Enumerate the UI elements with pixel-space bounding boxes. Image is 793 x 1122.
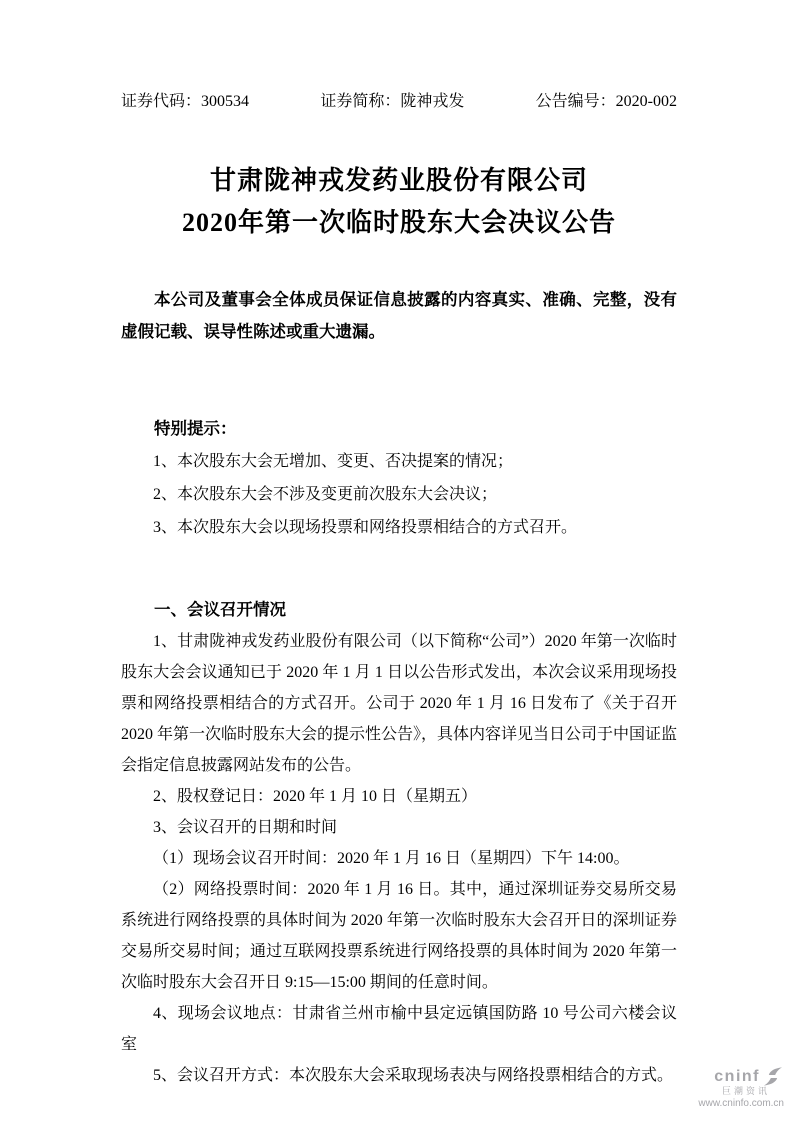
cninfo-site-url: www.cninfo.com.cn [698,1097,784,1110]
title-line-company: 甘肃陇神戎发药业股份有限公司 [121,160,677,202]
section-heading: 一、会议召开情况 [121,594,677,625]
meeting-convening-section: 一、会议召开情况 1、甘肃陇神戎发药业股份有限公司（以下简称“公司”）2020 … [121,594,677,1091]
paragraph-meeting-datetime: 3、会议召开的日期和时间 [121,812,677,843]
special-notice-item: 2、本次股东大会不涉及变更前次股东大会决议； [121,478,677,511]
stock-name: 证券简称：陇神戎发 [320,92,464,112]
special-notice-section: 特别提示： 1、本次股东大会无增加、变更、否决提案的情况； 2、本次股东大会不涉… [121,412,677,544]
paragraph-record-date: 2、股权登记日：2020 年 1 月 10 日（星期五） [121,781,677,812]
stock-code: 证券代码：300534 [121,92,249,112]
paragraph-meeting-location: 4、现场会议地点：甘肃省兰州市榆中县定远镇国防路 10 号公司六楼会议室 [121,998,677,1060]
announcement-number: 公告编号：2020-002 [536,92,677,112]
document-page: 证券代码：300534 证券简称：陇神戎发 公告编号：2020-002 甘肃陇神… [0,0,793,1122]
paragraph-meeting-notice: 1、甘肃陇神戎发药业股份有限公司（以下简称“公司”）2020 年第一次临时股东大… [121,626,677,781]
paragraph-online-voting-time: （2）网络投票时间：2020 年 1 月 16 日。其中，通过深圳证券交易所交易… [121,874,677,998]
cninfo-chinese-name: 巨潮资讯 [698,1086,770,1097]
disclaimer-statement: 本公司及董事会全体成员保证信息披露的内容真实、准确、完整，没有虚假记载、误导性陈… [121,284,677,348]
special-notice-item: 3、本次股东大会以现场投票和网络投票相结合的方式召开。 [121,511,677,544]
paragraph-meeting-method: 5、会议召开方式：本次股东大会采取现场表决与网络投票相结合的方式。 [121,1060,677,1091]
document-header: 证券代码：300534 证券简称：陇神戎发 公告编号：2020-002 [121,92,677,112]
document-title: 甘肃陇神戎发药业股份有限公司 2020年第一次临时股东大会决议公告 [121,160,677,244]
special-notice-heading: 特别提示： [121,412,677,445]
cninfo-logo-icon [762,1067,784,1086]
paragraph-onsite-time: （1）现场会议召开时间：2020 年 1 月 16 日（星期四）下午 14:00… [121,843,677,874]
special-notice-item: 1、本次股东大会无增加、变更、否决提案的情况； [121,445,677,478]
title-line-meeting: 2020年第一次临时股东大会决议公告 [121,202,677,244]
cninfo-watermark: cninf 巨潮资讯 www.cninfo.com.cn [698,1067,784,1110]
cninfo-brand-row: cninf [698,1067,784,1086]
cninfo-brand-text: cninf [714,1069,760,1085]
